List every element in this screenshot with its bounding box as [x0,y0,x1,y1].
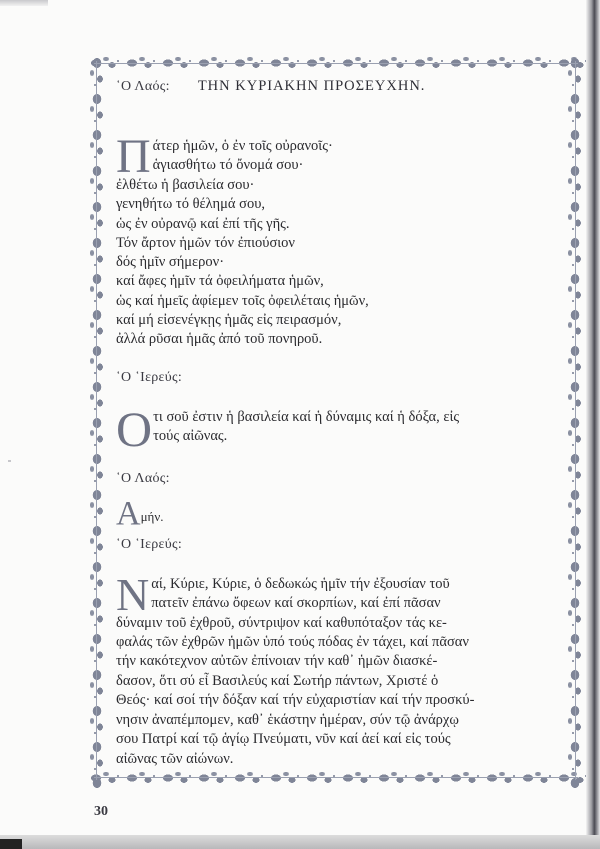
prayer-line: γενηθήτω τό θέλημά σου, [116,195,556,214]
final-prayer-line: Θεός· καί σοί τήν δόξαν καί τήν εὐχαριστ… [116,691,552,710]
dropcap-alpha: Α [116,501,141,527]
amen-text: μήν. [141,509,164,525]
speaker-label-priest: ῾Ο ῾Ιερεύς: [116,370,556,390]
page-content: ῾Ο Λαός: ΤΗΝ ΚΥΡΙΑΚΗΝ ΠΡΟΣΕΥΧΗΝ. Π άτερ … [116,78,556,769]
prayer-line: Τόν ἄρτον ἡμῶν τόν ἐπιούσιον [116,234,556,253]
prayer-line: ὡς καί ἡμεῖς ἀφίεμεν τοῖς ὀφειλέταις ἡμῶ… [116,292,556,311]
speaker-label-priest: ῾Ο ῾Ιερεύς: [116,537,556,557]
page-title: ΤΗΝ ΚΥΡΙΑΚΗΝ ΠΡΟΣΕΥΧΗΝ. [198,78,426,95]
dropcap-omicron: Ο [116,409,152,449]
dropcap-nu: Ν [116,576,149,614]
prayer-line: ἁγιασθήτω τό ὄνομά σου· [116,156,556,175]
final-prayer-line: αἰῶνας τῶν αἰώνων. [116,750,552,769]
final-prayer-line: δύναμιν τοῦ ἐχθροῦ, σύντριψον καί καθυπό… [116,614,552,633]
paper-speck [8,460,11,462]
vine-stem-left [96,61,97,780]
prayer-line: ἐλθέτω ἡ βασιλεία σου· [116,176,556,195]
amen-response: Α μήν. [116,495,556,527]
scan-edge-shadow-bottom [0,835,600,849]
prayer-line: καί μή εἰσενέγκῃς ἡμᾶς εἰς πειρασμόν, [116,311,556,330]
final-prayer-line: φαλάς τῶν ἐχθρῶν ἡμῶν ὑπό τούς πόδας ἐν … [116,633,552,652]
lords-prayer: Π άτερ ἡμῶν, ὁ ἐν τοῖς οὐρανοῖς· ἁγιασθή… [116,137,556,350]
scan-edge-shadow-top [0,0,48,6]
speaker-label-people: ῾Ο Λαός: [116,471,556,491]
final-prayer-line: δασον, ὅτι σύ εἶ Βασιλεύς καί Σωτήρ πάντ… [116,672,552,691]
page-header: ῾Ο Λαός: ΤΗΝ ΚΥΡΙΑΚΗΝ ΠΡΟΣΕΥΧΗΝ. [116,78,556,98]
prayer-line: ὡς ἐν οὐρανῷ καί ἐπί τῆς γῆς. [116,215,556,234]
vine-stem-right [575,61,576,780]
final-prayer-line: πατεῖν ἐπάνω ὄφεων καί σκορπίων, καί ἐπί… [116,594,552,613]
final-prayer-line: αί, Κύριε, Κύριε, ὁ δεδωκώς ἡμῖν τήν ἐξο… [116,575,552,594]
vine-stem-top [94,63,578,64]
speaker-label-people: ῾Ο Λαός: [116,79,170,95]
doxology-line: τούς αἰῶνας. [116,427,546,446]
final-prayer-line: νησιν ἀναπέμπομεν, καθ᾿ ἑκάστην ἡμέραν, … [116,711,552,730]
vine-stem-bottom [94,777,578,778]
page-number: 30 [94,804,108,820]
prayer-line: άτερ ἡμῶν, ὁ ἐν τοῖς οὐρανοῖς· [116,137,556,156]
prayer-line: δός ἡμῖν σήμερον· [116,253,556,272]
scan-binding-shadow [586,0,600,849]
prayer-line: ἀλλά ρῦσαι ἡμᾶς ἀπό τοῦ πονηροῦ. [116,330,556,349]
dropcap-pi: Π [116,138,151,176]
doxology-line: τι σοῦ ἐστιν ἡ βασιλεία καί ἡ δύναμις κα… [116,408,546,427]
final-prayer-line: σου Πατρί καί τῷ ἁγίῳ Πνεύματι, νῦν καί … [116,730,552,749]
final-prayer-line: τήν κακότεχνον αὐτῶν ἐπίνοιαν τήν καθ᾿ ἡ… [116,652,552,671]
final-prayer-paragraph: Ν αί, Κύριε, Κύριε, ὁ δεδωκώς ἡμῖν τήν ἐ… [116,575,552,769]
doxology-paragraph: Ο τι σοῦ ἐστιν ἡ βασιλεία καί ἡ δύναμις … [116,408,546,449]
vine-leaf-border-left-icon [86,53,108,788]
prayer-line: καί ἄφες ἡμῖν τά ὀφειλήματα ἡμῶν, [116,272,556,291]
vine-leaf-border-bottom-icon [86,768,586,788]
